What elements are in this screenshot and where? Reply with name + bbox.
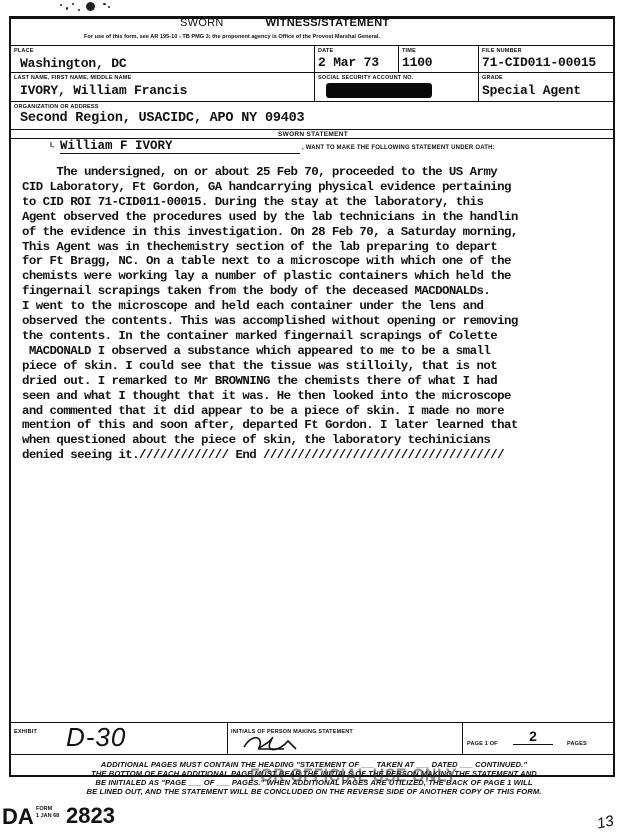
statement-line: chemists were working lay a number of pl… [22,269,617,284]
form-title: SWORNWITNESS/STATEMENT [180,17,390,29]
divider [9,72,615,73]
file-number-label: FILE NUMBER [482,48,522,54]
statement-line: the contents. In the container marked fi… [22,329,617,344]
name-label: LAST NAME, FIRST NAME, MIDDLE NAME [14,75,131,81]
statement-line: MACDONALD I observed a substance which a… [22,344,617,359]
divider [398,45,399,72]
page-total: 2 [513,728,553,745]
place-value: Washington, DC [20,56,126,71]
divider [9,754,615,755]
grade-label: GRADE [482,75,503,81]
statement-body: The undersigned, on or about 25 Feb 70, … [22,165,617,463]
date-label: DATE [318,48,333,54]
place-label: PLACE [14,48,34,54]
statement-line: observed the contents. This was accompli… [22,314,617,329]
divider [9,101,615,102]
page-label-suffix: PAGES [567,741,587,747]
scan-specks [58,0,148,14]
section-header: SWORN STATEMENT [0,131,626,138]
statement-line: dried out. I remarked to Mr BROWNING the… [22,374,617,389]
divider [9,129,615,130]
time-value: 1100 [402,55,432,70]
statement-line: of the evidence in this investigation. O… [22,225,617,240]
ssn-redaction [326,83,432,98]
organization-label: ORGANIZATION OR ADDRESS [14,104,99,110]
statement-line: piece of skin. I could see that the tiss… [22,359,617,374]
file-number-value: 71-CID011-00015 [482,55,596,70]
statement-line: This Agent was in thechemistry section o… [22,240,617,255]
form-title-main: WITNESS/STATEMENT [266,17,390,29]
form-number: 2823 [66,803,115,829]
divider [478,45,479,101]
divider [227,722,228,754]
statement-line: denied seeing it.///////////// End /////… [22,448,617,463]
statement-line: CID Laboratory, Ft Gordon, GA handcarryi… [22,180,617,195]
page-label-prefix: PAGE 1 OF [467,741,498,747]
form-meta-line: 1 JAN 68 [36,813,59,820]
statement-line: mention of this and soon after, departed… [22,418,617,433]
date-value: 2 Mar 73 [318,55,379,70]
divider [9,45,615,46]
divider [314,45,315,101]
handwritten-page-mark: 13 [595,812,615,832]
initials-signature-icon [240,731,300,753]
statement-line: seen and what I thought that it was. He … [22,389,617,404]
statement-line: I went to the microscope and held each c… [22,299,617,314]
form-name: DA [2,804,34,830]
ssn-label: SOCIAL SECURITY ACCOUNT NO. [318,75,413,81]
statement-line: Agent observed the procedures used by th… [22,210,617,225]
form-meta-line: FORM [36,806,59,813]
statement-line: The undersigned, on or about 25 Feb 70, … [22,165,617,180]
grade-value: Special Agent [482,83,581,98]
intro-suffix: , WANT TO MAKE THE FOLLOWING STATEMENT U… [302,145,495,151]
exhibit-label: EXHIBIT [14,729,37,735]
time-label: TIME [402,48,416,54]
declarant-name: William F IVORY [60,139,300,154]
name-value: IVORY, William Francis [20,83,187,98]
statement-line: fingernail scrapings taken from the body… [22,284,617,299]
instructions-line: BE LINED OUT, AND THE STATEMENT WILL BE … [12,787,616,796]
official-use-stamp: FOR OFFICIAL USE ONLY [250,767,457,788]
statement-line: for Ft Bragg, NC. On a table next to a m… [22,254,617,269]
statement-line: to CID ROI 71-CID011-00015. During the s… [22,195,617,210]
form-meta: FORM 1 JAN 68 [36,806,59,820]
statement-line: and commented that it did appear to be a… [22,404,617,419]
organization-value: Second Region, USACIDC, APO NY 09403 [20,111,304,126]
exhibit-value: D-30 [66,722,126,753]
intro-prefix: I, [50,142,54,149]
divider [462,722,463,754]
statement-line: when questioned about the piece of skin,… [22,433,617,448]
form-subtitle: For use of this form, see AR 195-10 - TB… [84,34,380,40]
form-title-prefix: SWORN [180,17,224,29]
